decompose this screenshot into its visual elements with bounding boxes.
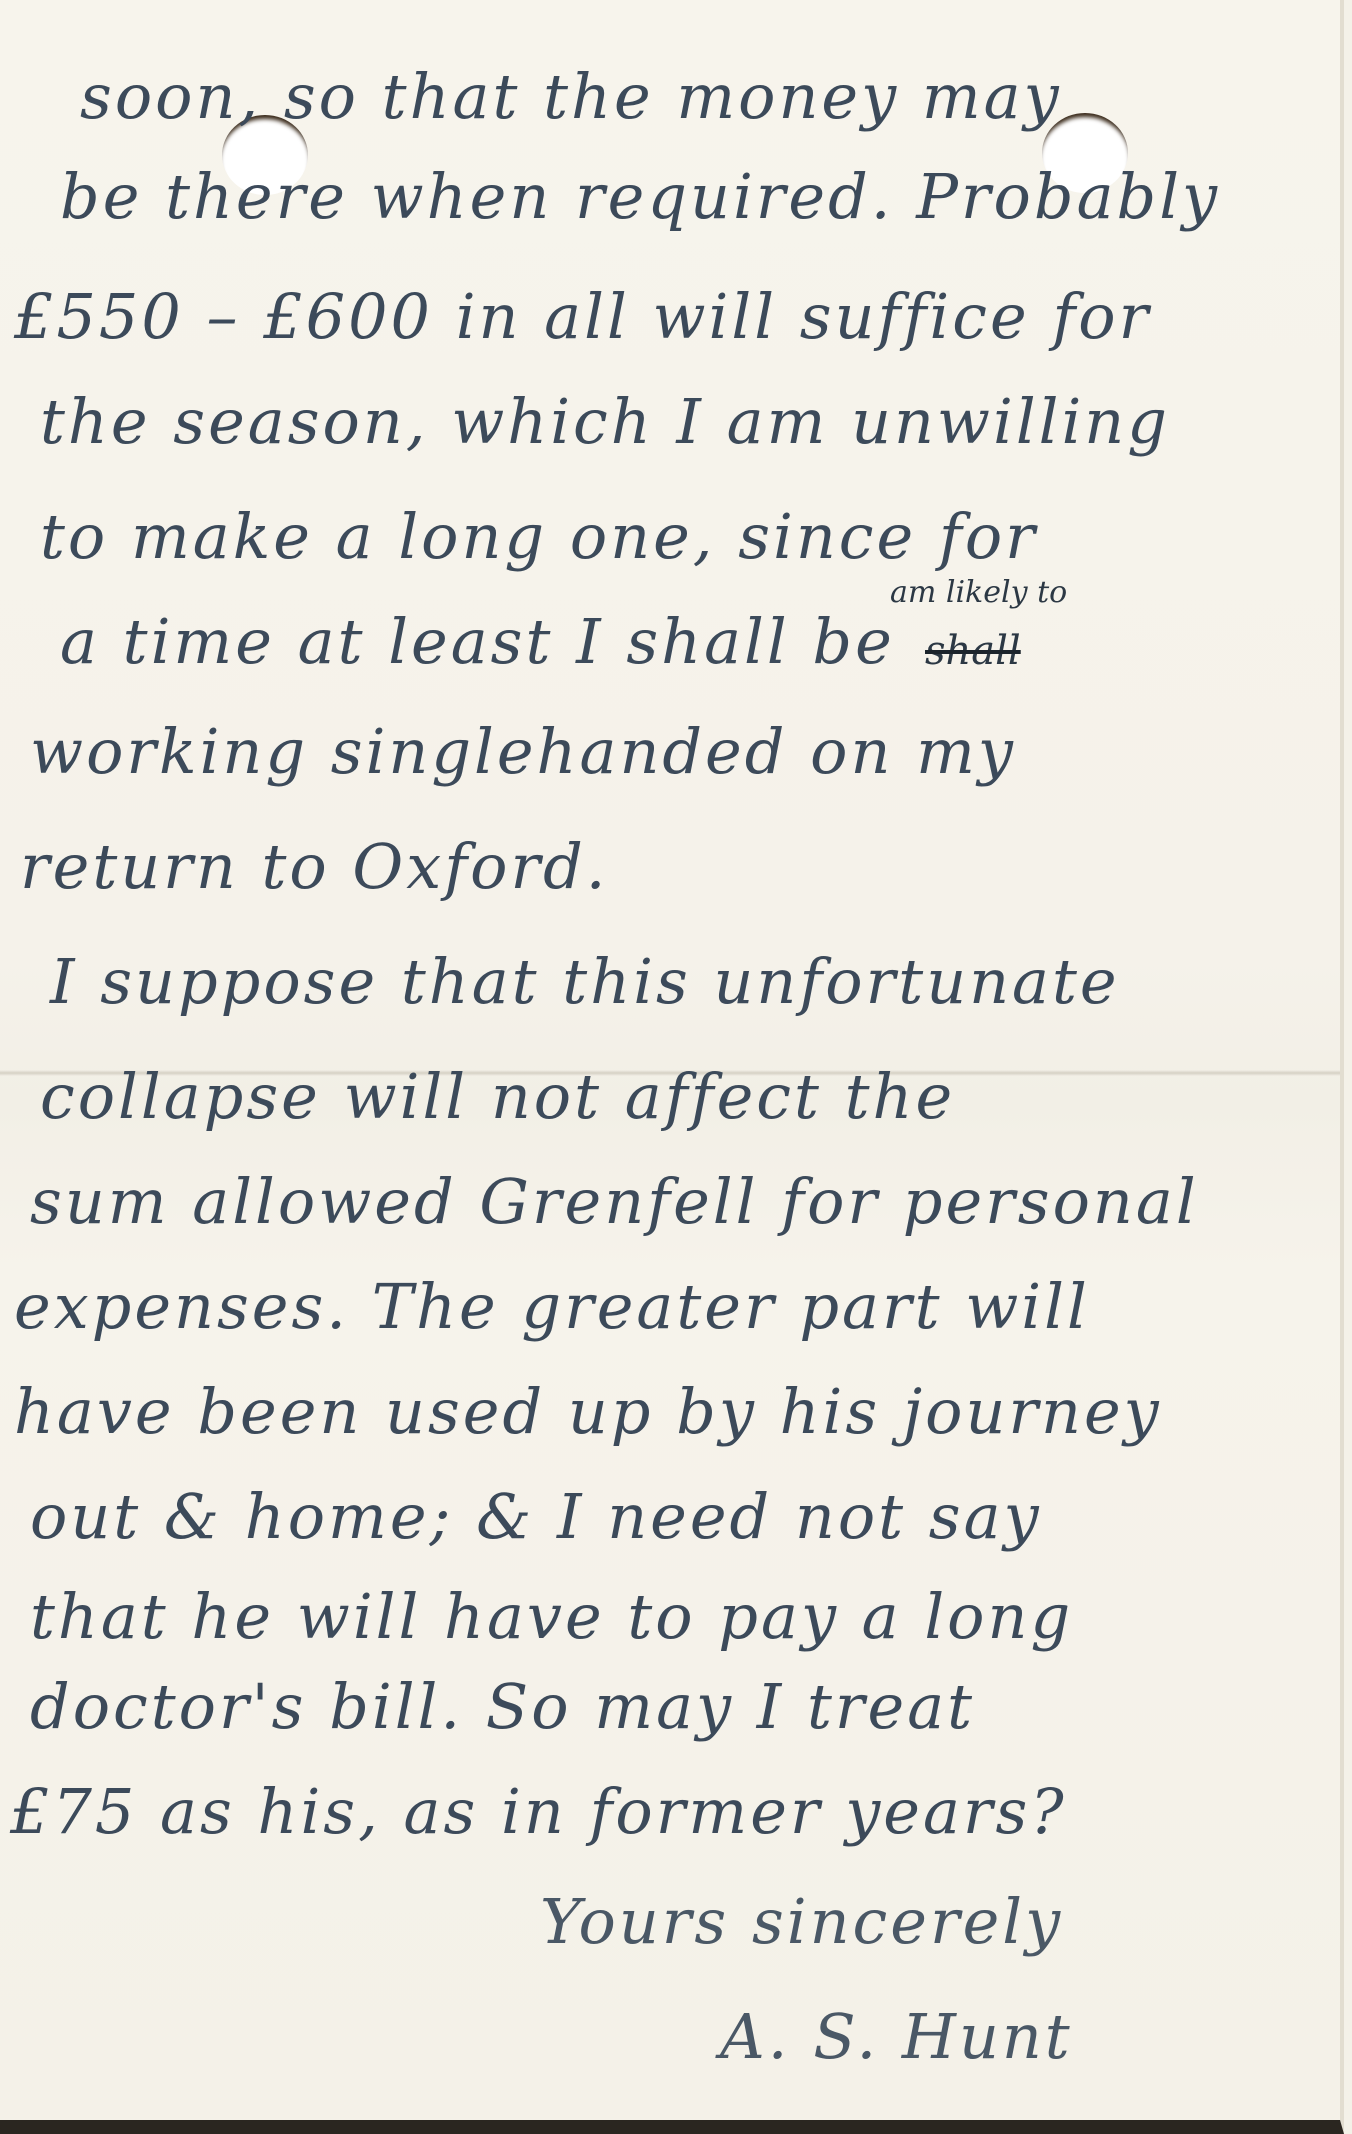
letter-line-2: be there when required. Probably	[60, 160, 1352, 233]
signature: A. S. Hunt	[720, 2000, 1352, 2073]
letter-line-4: the season, which I am unwilling	[40, 385, 1352, 458]
letter-line-1: soon, so that the money may	[80, 60, 1352, 133]
letter-line-8: return to Oxford.	[20, 830, 1352, 903]
letter-line-10: collapse will not affect the	[40, 1060, 1352, 1133]
letter-line-7: working singlehanded on my	[30, 715, 1352, 788]
struck-word: shall	[925, 628, 1021, 674]
letter-page: soon, so that the money may be there whe…	[0, 0, 1344, 2134]
letter-line-15: that he will have to pay a long	[30, 1580, 1352, 1653]
letter-line-16: doctor's bill. So may I treat	[30, 1670, 1352, 1743]
letter-line-12: expenses. The greater part will	[14, 1270, 1352, 1343]
letter-line-14: out & home; & I need not say	[30, 1480, 1352, 1553]
closing-salutation: Yours sincerely	[540, 1885, 1352, 1958]
letter-line-9: I suppose that this unfortunate	[50, 945, 1352, 1018]
line-6-text: a time at least I shall be	[60, 605, 895, 678]
letter-line-3: £550 – £600 in all will suffice for	[14, 280, 1352, 353]
letter-line-5: to make a long one, since for	[40, 500, 1352, 573]
letter-line-11: sum allowed Grenfell for personal	[30, 1165, 1352, 1238]
letter-line-17: £75 as his, as in former years?	[10, 1775, 1350, 1848]
letter-line-6: a time at least I shall be	[60, 605, 1352, 678]
letter-line-13: have been used up by his journey	[14, 1375, 1352, 1448]
